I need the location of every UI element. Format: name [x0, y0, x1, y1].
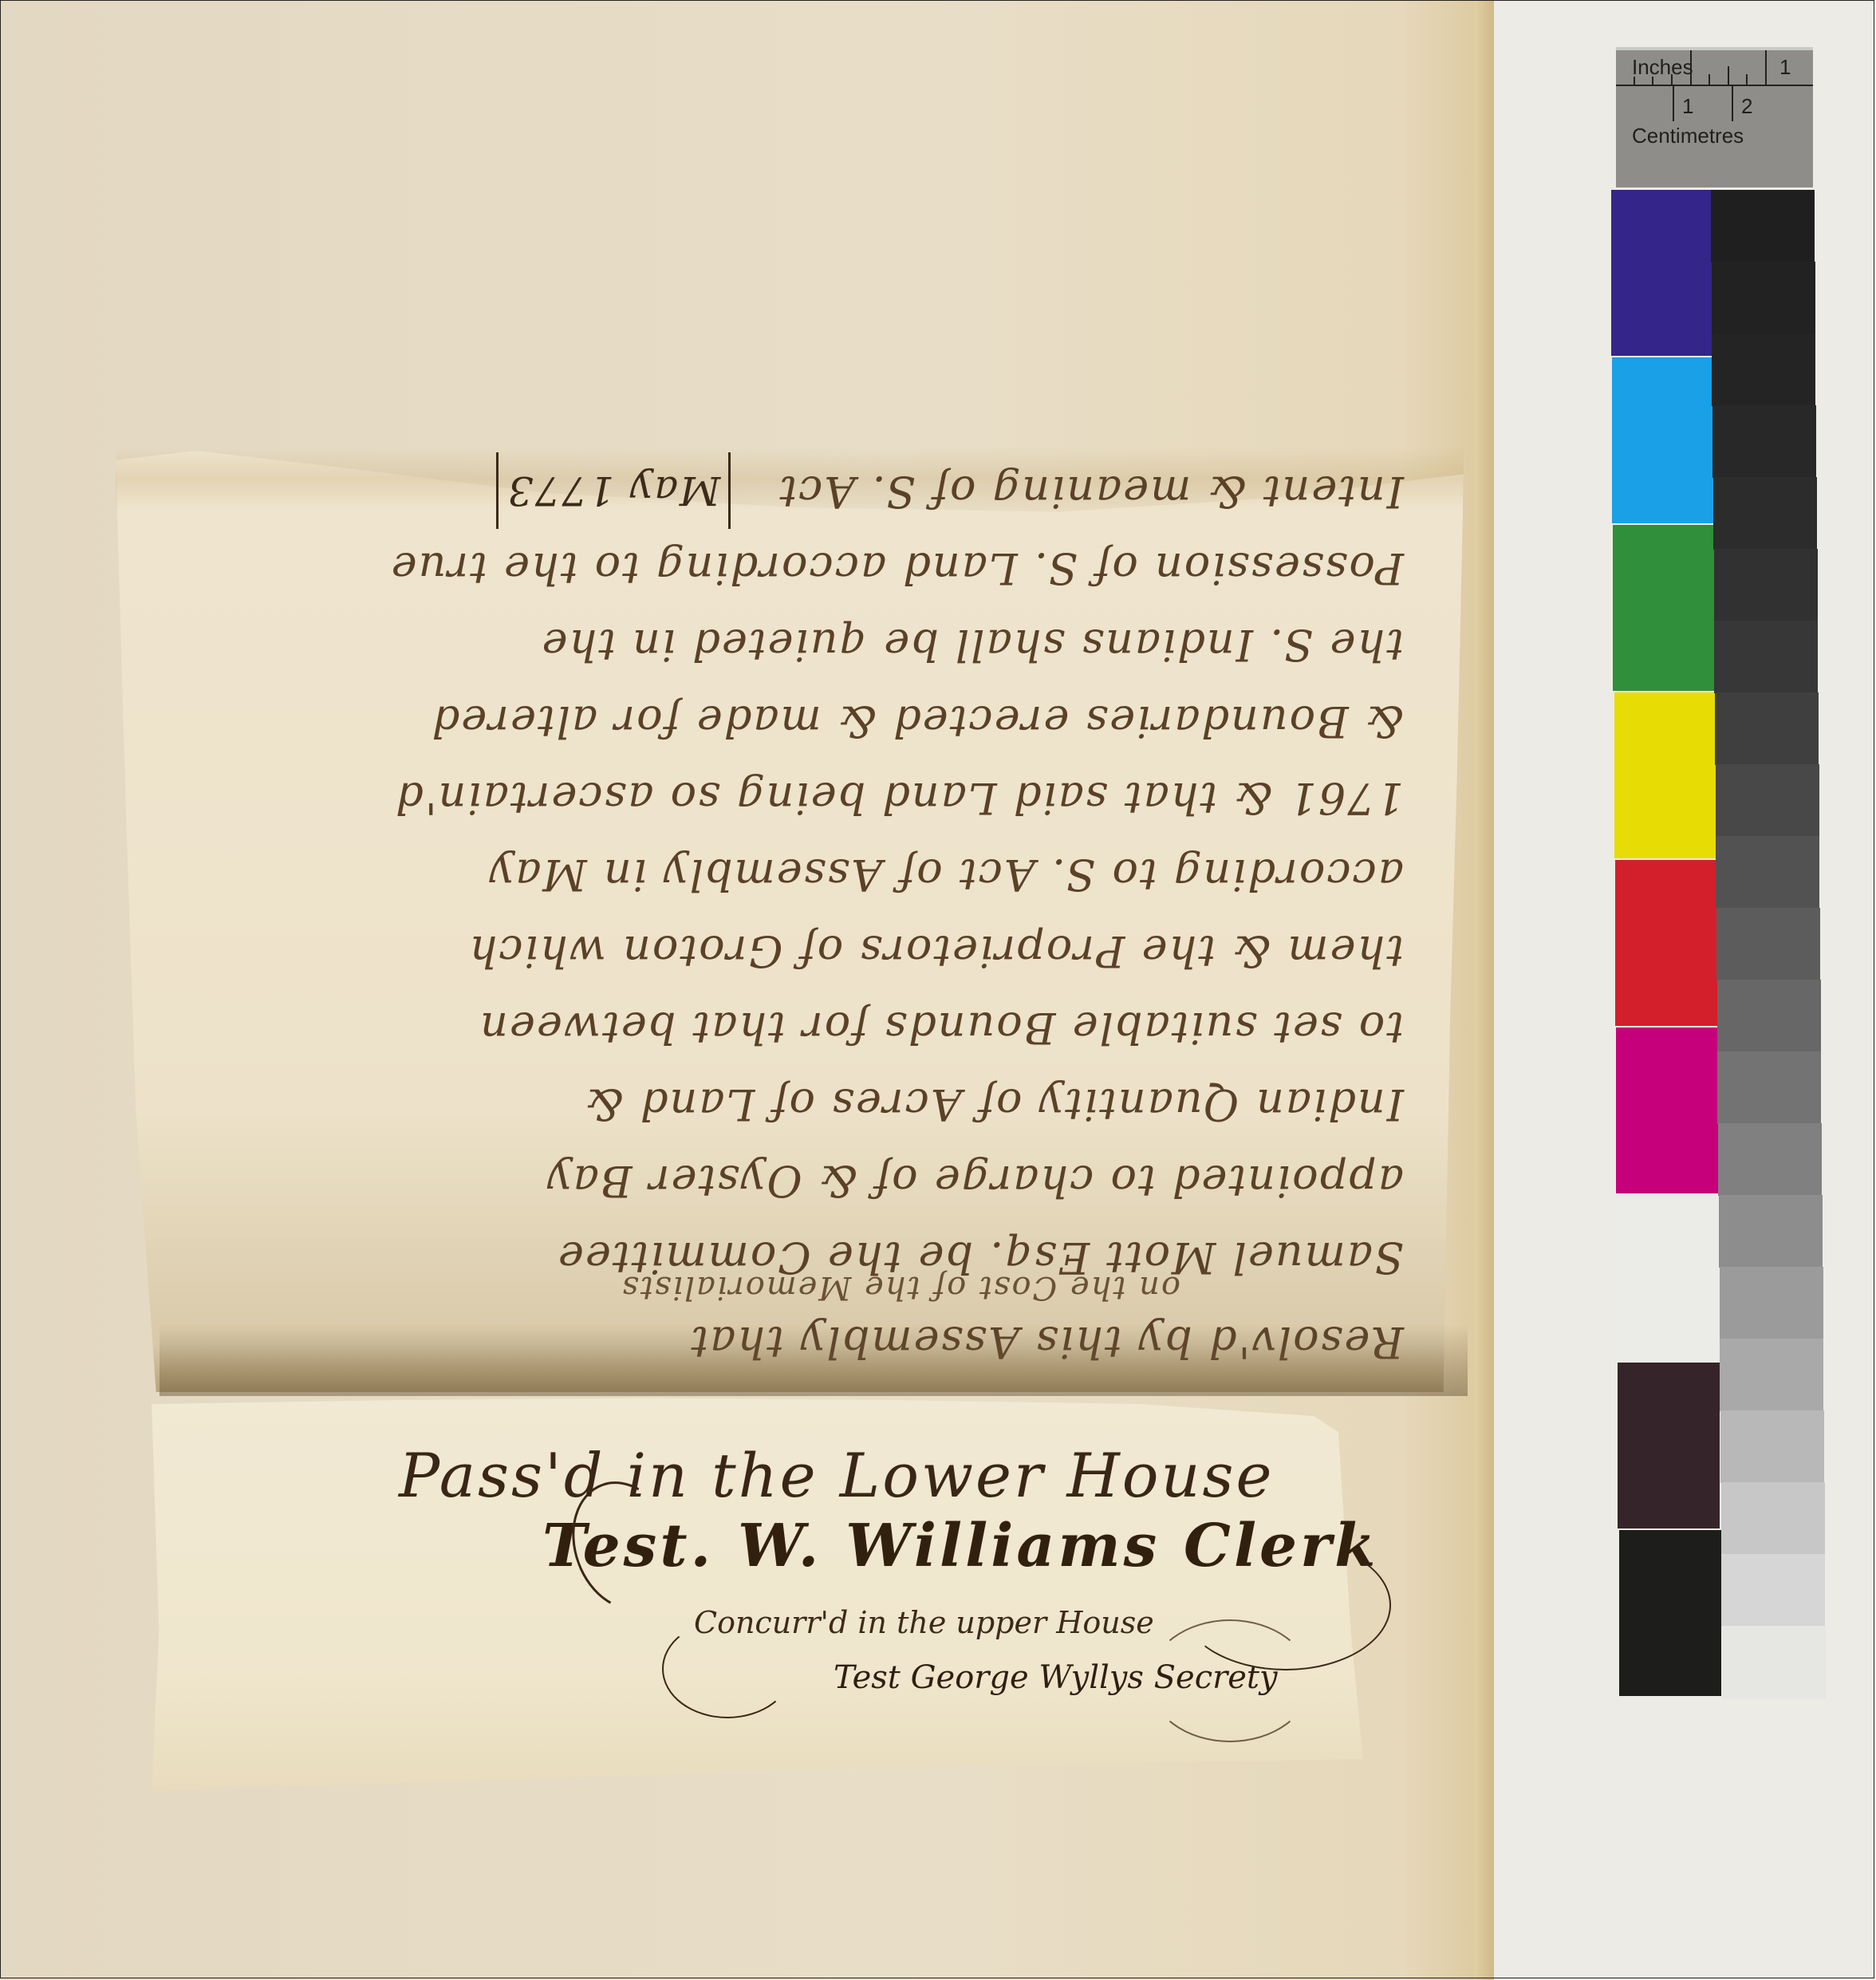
gray-step — [1711, 190, 1815, 262]
ruler-tick — [1765, 50, 1767, 85]
letter-line-last: Intent & meaning of S. Act May 1773 — [175, 452, 1404, 530]
color-patch-brown-black — [1618, 1363, 1720, 1528]
gray-step — [1720, 1339, 1823, 1411]
gray-step — [1716, 764, 1819, 837]
color-patch-black — [1619, 1530, 1721, 1696]
ruler-tick — [1652, 77, 1653, 85]
letter-text-upside-down: Resolv'd by this Assembly that on the Co… — [144, 550, 1436, 1396]
gray-step — [1714, 549, 1818, 621]
letter-line: Samuel Mott Esq. be the Committee — [175, 1219, 1404, 1296]
gray-step — [1721, 1554, 1825, 1627]
endorsement-passed-lower-house: Pass'd in the Lower House — [399, 1440, 1274, 1511]
gray-step — [1718, 1123, 1822, 1196]
letter-line: Possession of S. Land according to the t… — [175, 530, 1404, 606]
gray-step — [1722, 1626, 1826, 1698]
inches-label: Inches — [1632, 55, 1693, 80]
gray-step — [1716, 836, 1819, 909]
letter-line: Resolv'd by this Assembly that — [175, 1304, 1404, 1380]
letter-line: them & the Proprietors of Groton which — [175, 913, 1404, 989]
color-patch-magenta — [1616, 1027, 1718, 1193]
color-patch-blue-violet — [1611, 190, 1713, 356]
endorsement-concurred-upper-house: Concurr'd in the upper House — [694, 1605, 1154, 1640]
color-patch-green — [1613, 525, 1715, 691]
gray-step — [1714, 621, 1818, 693]
ruler-tick — [1728, 66, 1729, 85]
ruler-tick — [1634, 77, 1635, 85]
gray-step — [1716, 908, 1820, 980]
gray-step — [1712, 333, 1815, 406]
letter-line: Indian Quantity of Acres of Land & — [175, 1066, 1404, 1142]
letter-line: the S. Indians shall be quieted in the — [175, 606, 1404, 683]
gray-step — [1712, 405, 1816, 478]
ruler-baseline — [1616, 85, 1813, 86]
date-note: May 1773 — [496, 452, 731, 529]
letter-line: appointed to charge of & Oyster Bay — [175, 1142, 1404, 1219]
gray-step — [1712, 262, 1815, 334]
grayscale-step-column — [1711, 190, 1815, 1698]
letter-line: Intent & meaning of S. Act — [778, 467, 1404, 517]
ruler-tick — [1708, 74, 1710, 85]
gray-step — [1720, 1267, 1823, 1339]
letter-line: 1761 & that said Land being so ascertain… — [175, 759, 1404, 836]
cm-mark-2: 2 — [1741, 94, 1752, 119]
color-patch-column — [1611, 190, 1713, 1698]
ruler-tick — [1671, 74, 1673, 85]
scale-ruler: Inches 1 1 2 Centimetres — [1616, 50, 1813, 187]
color-patch-white — [1617, 1195, 1719, 1361]
ruler-tick — [1690, 50, 1692, 85]
backing-page-edge — [1474, 0, 1495, 1980]
gray-step — [1715, 692, 1819, 765]
centimetres-label: Centimetres — [1632, 124, 1744, 148]
endorsement-clerk-signature: Test. W. Williams Clerk — [542, 1512, 1378, 1580]
color-patch-yellow — [1614, 692, 1716, 858]
letter-line: & Boundaries erected & made for altered — [175, 683, 1404, 759]
inch-mark-1: 1 — [1779, 55, 1791, 80]
letter-line: according to S. Act of Assembly in May — [175, 836, 1404, 913]
gray-step — [1717, 980, 1821, 1052]
color-calibration-chart — [1611, 190, 1819, 1698]
gray-step — [1713, 477, 1817, 550]
color-patch-cyan — [1612, 357, 1714, 523]
endorsement-secretary-signature: Test George Wyllys Secrety — [834, 1659, 1278, 1696]
ruler-tick — [1673, 86, 1674, 121]
ruler-tick — [1746, 74, 1748, 85]
gray-step — [1719, 1195, 1823, 1268]
letter-line: to set suitable Bounds for that between — [175, 989, 1404, 1066]
color-patch-red — [1615, 860, 1717, 1026]
gray-step — [1717, 1051, 1821, 1124]
gray-step — [1720, 1410, 1824, 1483]
cm-mark-1: 1 — [1682, 94, 1693, 119]
ruler-tick — [1732, 86, 1733, 121]
gray-step — [1721, 1482, 1825, 1555]
